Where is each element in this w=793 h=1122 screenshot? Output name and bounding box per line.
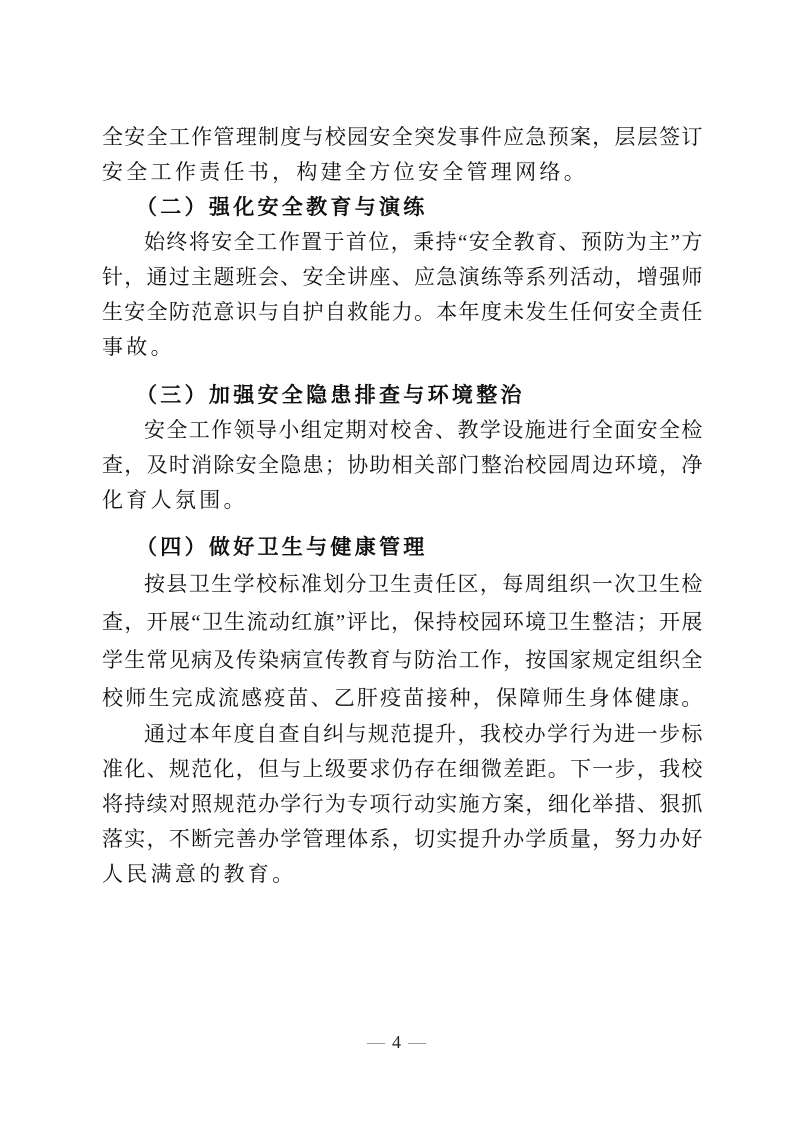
text-line: 查，开展“卫生流动红旗”评比，保持校园环境卫生整洁；开展 <box>102 603 703 641</box>
page-footer: —4— <box>0 1031 793 1053</box>
section-heading-3: （三）加强安全隐患排查与环境整治 <box>102 378 703 413</box>
paragraph-hazard-inspection: 安全工作领导小组定期对校舍、教学设施进行全面安全检 查，及时消除安全隐患；协助相… <box>102 413 703 518</box>
text-line: 人民满意的教育。 <box>102 857 703 892</box>
text-line: 学生常见病及传染病宣传教育与防治工作，按国家规定组织全 <box>102 641 703 679</box>
text-line: 生安全防范意识与自护自救能力。本年度未发生任何安全责任 <box>102 295 703 330</box>
text-line: 查，及时消除安全隐患；协助相关部门整治校园周边环境，净 <box>102 448 703 483</box>
page-number-dash-right: — <box>408 1032 426 1052</box>
paragraph-health-management: 按县卫生学校标准划分卫生责任区，每周组织一次卫生检 查，开展“卫生流动红旗”评比… <box>102 565 703 717</box>
document-body: 全安全工作管理制度与校园安全突发事件应急预案，层层签订 安全工作责任书，构建全方… <box>102 120 703 892</box>
text-line: 始终将安全工作置于首位，秉持“安全教育、预防为主”方 <box>102 225 703 260</box>
text-line: 全安全工作管理制度与校园安全突发事件应急预案，层层签订 <box>102 120 703 155</box>
text-line: 准化、规范化，但与上级要求仍存在细微差距。下一步，我校 <box>102 752 703 787</box>
text-line: 安全工作责任书，构建全方位安全管理网络。 <box>102 155 703 190</box>
paragraph-conclusion: 通过本年度自查自纠与规范提升，我校办学行为进一步标 准化、规范化，但与上级要求仍… <box>102 717 703 892</box>
paragraph-safety-education: 始终将安全工作置于首位，秉持“安全教育、预防为主”方 针，通过主题班会、安全讲座… <box>102 225 703 365</box>
text-line: 化育人氛围。 <box>102 483 703 518</box>
page-number-dash-left: — <box>367 1032 385 1052</box>
page-number: 4 <box>392 1032 401 1052</box>
text-line: 通过本年度自查自纠与规范提升，我校办学行为进一步标 <box>102 717 703 752</box>
text-line: 落实，不断完善办学管理体系，切实提升办学质量，努力办好 <box>102 822 703 857</box>
text-line: 按县卫生学校标准划分卫生责任区，每周组织一次卫生检 <box>102 565 703 603</box>
text-line: 针，通过主题班会、安全讲座、应急演练等系列活动，增强师 <box>102 260 703 295</box>
text-line: 校师生完成流感疫苗、乙肝疫苗接种，保障师生身体健康。 <box>102 679 703 717</box>
section-heading-4: （四）做好卫生与健康管理 <box>102 530 703 565</box>
text-line: 将持续对照规范办学行为专项行动实施方案，细化举措、狠抓 <box>102 787 703 822</box>
text-line: 安全工作领导小组定期对校舍、教学设施进行全面安全检 <box>102 413 703 448</box>
document-page: 全安全工作管理制度与校园安全突发事件应急预案，层层签订 安全工作责任书，构建全方… <box>0 0 793 1122</box>
section-heading-2: （二）强化安全教育与演练 <box>102 190 703 225</box>
text-line: 事故。 <box>102 330 703 365</box>
paragraph-continuation: 全安全工作管理制度与校园安全突发事件应急预案，层层签订 安全工作责任书，构建全方… <box>102 120 703 190</box>
